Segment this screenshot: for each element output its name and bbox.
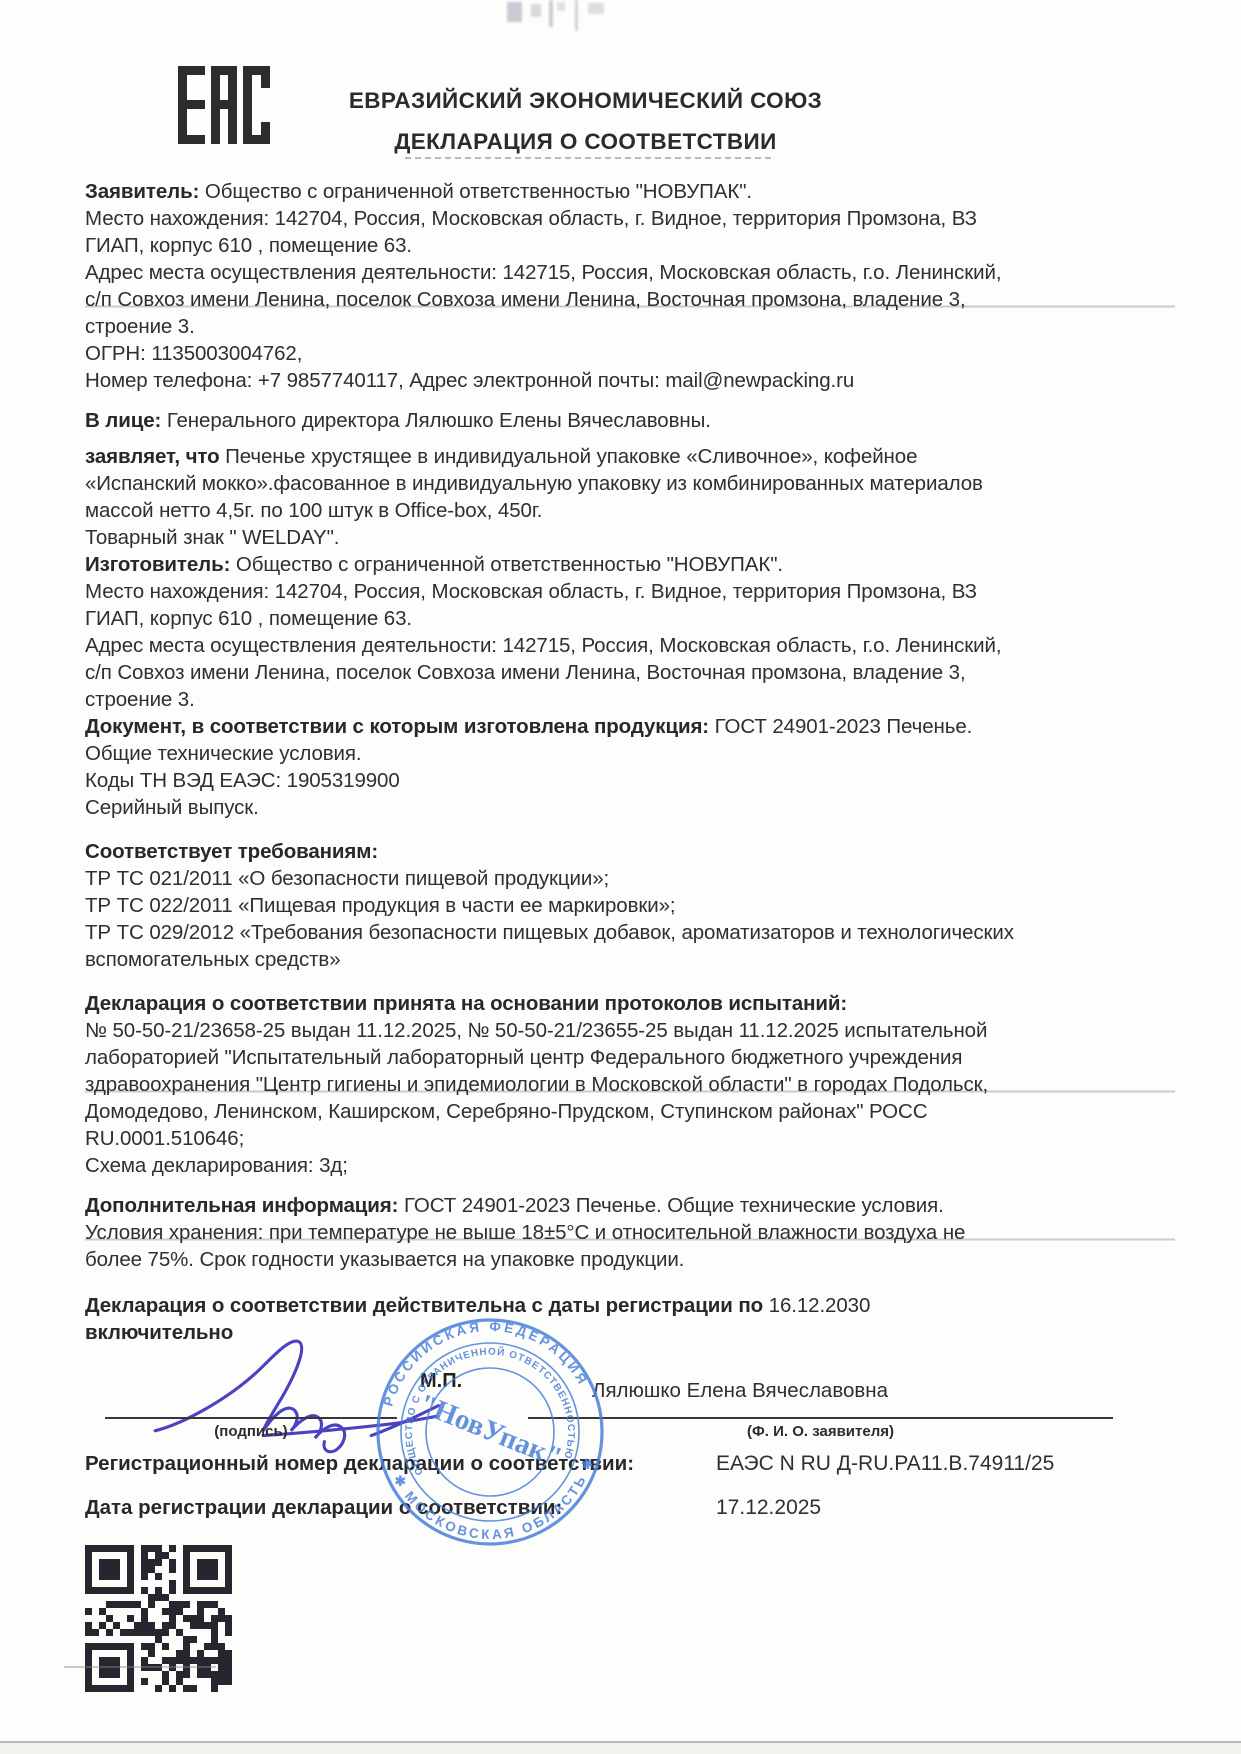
doc-text-segment: Домодедово, Ленинском, Каширском, Серебр… xyxy=(85,1100,927,1123)
doc-text-segment: ТР ТС 021/2011 «О безопасности пищевой п… xyxy=(85,867,609,890)
doc-text-segment: Печенье хрустящее в индивидуальной упако… xyxy=(220,445,918,468)
doc-line: ОГРН: 1135003004762, xyxy=(85,340,1175,367)
doc-line: Декларация о соответствии принята на осн… xyxy=(85,990,1175,1017)
doc-line: ГИАП, корпус 610 , помещение 63. xyxy=(85,232,1175,259)
document-header: ЕВРАЗИЙСКИЙ ЭКОНОМИЧЕСКИЙ СОЮЗ ДЕКЛАРАЦИ… xyxy=(0,88,1171,155)
signature-caption: (подпись) xyxy=(105,1423,397,1440)
doc-line: Место нахождения: 142704, Россия, Москов… xyxy=(85,205,1175,232)
doc-text-bold: Дополнительная информация: xyxy=(85,1194,398,1217)
doc-line: более 75%. Срок годности указывается на … xyxy=(85,1246,1175,1273)
scan-artifact-line xyxy=(405,157,771,159)
doc-text-segment: № 50-50-21/23658-25 выдан 11.12.2025, № … xyxy=(85,1019,987,1042)
doc-text-segment: ТР ТС 022/2011 «Пищевая продукция в част… xyxy=(85,894,675,917)
doc-line: вспомогательных средств» xyxy=(85,946,1175,973)
doc-line: строение 3. xyxy=(85,686,1175,713)
doc-text-bold: заявляет, что xyxy=(85,445,220,468)
signature-line xyxy=(105,1417,397,1419)
doc-text-segment: Номер телефона: +7 9857740117, Адрес эле… xyxy=(85,369,854,392)
doc-text-segment: Общество с ограниченной ответственностью… xyxy=(199,180,752,203)
doc-line: Номер телефона: +7 9857740117, Адрес эле… xyxy=(85,367,1175,394)
doc-text-bold: В лице: xyxy=(85,409,161,432)
doc-text-segment: ГИАП, корпус 610 , помещение 63. xyxy=(85,234,412,257)
doc-line: В лице: Генерального директора Лялюшко Е… xyxy=(85,407,1175,434)
scan-smudge xyxy=(575,0,578,31)
reg-number-value: ЕАЭС N RU Д-RU.РА11.В.74911/25 xyxy=(716,1452,1054,1476)
doc-text-segment: 16.12.2030 xyxy=(763,1294,870,1317)
document-body: Заявитель: Общество с ограниченной ответ… xyxy=(85,178,1175,1346)
doc-text-segment: здравоохранения "Центр гигиены и эпидеми… xyxy=(85,1073,988,1096)
paragraph: Декларация о соответствии принята на осн… xyxy=(85,990,1175,1179)
doc-text-segment: Товарный знак " WELDAY". xyxy=(85,526,339,549)
doc-line: строение 3. xyxy=(85,313,1175,340)
doc-text-segment: Условия хранения: при температуре не выш… xyxy=(85,1221,965,1244)
company-stamp: РОССИЙСКАЯ ФЕДЕРАЦИЯ ✱ МОСКОВСКАЯ ОБЛАСТ… xyxy=(360,1302,619,1561)
doc-line: ТР ТС 021/2011 «О безопасности пищевой п… xyxy=(85,865,1175,892)
doc-line: Документ, в соответствии с которым изгот… xyxy=(85,713,1175,740)
doc-text-segment: Общие технические условия. xyxy=(85,742,361,765)
applicant-name-line xyxy=(528,1417,1113,1419)
doc-text-segment: с/п Совхоз имени Ленина, поселок Совхоза… xyxy=(85,288,966,311)
applicant-name-caption: (Ф. И. О. заявителя) xyxy=(528,1423,1113,1440)
union-title: ЕВРАЗИЙСКИЙ ЭКОНОМИЧЕСКИЙ СОЮЗ xyxy=(0,88,1171,114)
doc-line: массой нетто 4,5г. по 100 штук в Office-… xyxy=(85,497,1175,524)
doc-text-bold: Декларация о соответствии принята на осн… xyxy=(85,992,847,1015)
doc-text-segment: более 75%. Срок годности указывается на … xyxy=(85,1248,684,1271)
scan-smudge xyxy=(588,3,604,14)
doc-text-segment: Место нахождения: 142704, Россия, Москов… xyxy=(85,207,977,230)
doc-text-bold: Соответствует требованиям: xyxy=(85,840,378,863)
doc-line: с/п Совхоз имени Ленина, поселок Совхоза… xyxy=(85,659,1175,686)
qr-code xyxy=(85,1545,232,1692)
doc-text-segment: с/п Совхоз имени Ленина, поселок Совхоза… xyxy=(85,661,966,684)
doc-line: Декларация о соответствии действительна … xyxy=(85,1292,1175,1319)
doc-text-segment: строение 3. xyxy=(85,688,195,711)
reg-date-value: 17.12.2025 xyxy=(716,1496,821,1520)
doc-text-segment: лабораторией "Испытательный лабораторный… xyxy=(85,1046,962,1069)
doc-line: Соответствует требованиям: xyxy=(85,838,1175,865)
doc-line: с/п Совхоз имени Ленина, поселок Совхоза… xyxy=(85,286,1175,313)
doc-line: Условия хранения: при температуре не выш… xyxy=(85,1219,1175,1246)
doc-line: «Испанский мокко».фасованное в индивидуа… xyxy=(85,470,1175,497)
qr-code-matrix xyxy=(85,1545,232,1692)
doc-text-segment: строение 3. xyxy=(85,315,195,338)
doc-text-segment: ГИАП, корпус 610 , помещение 63. xyxy=(85,607,412,630)
doc-line: Схема декларирования: 3д; xyxy=(85,1152,1175,1179)
doc-text-bold: Заявитель: xyxy=(85,180,199,203)
doc-line: ГИАП, корпус 610 , помещение 63. xyxy=(85,605,1175,632)
paragraph: Заявитель: Общество с ограниченной ответ… xyxy=(85,178,1175,394)
doc-line: Место нахождения: 142704, Россия, Москов… xyxy=(85,578,1175,605)
doc-line: заявляет, что Печенье хрустящее в индиви… xyxy=(85,443,1175,470)
doc-text-segment: ОГРН: 1135003004762, xyxy=(85,342,302,365)
doc-text-segment: Серийный выпуск. xyxy=(85,796,259,819)
doc-line: Общие технические условия. xyxy=(85,740,1175,767)
doc-text-segment: RU.0001.510646; xyxy=(85,1127,244,1150)
doc-text-bold: Документ, в соответствии с которым изгот… xyxy=(85,715,709,738)
doc-line: Домодедово, Ленинском, Каширском, Серебр… xyxy=(85,1098,1175,1125)
doc-text-segment: Адрес места осуществления деятельности: … xyxy=(85,634,1001,657)
doc-text-segment: вспомогательных средств» xyxy=(85,948,341,971)
scan-smudge xyxy=(557,2,565,11)
scan-smudge xyxy=(549,0,553,27)
doc-line: здравоохранения "Центр гигиены и эпидеми… xyxy=(85,1071,1175,1098)
doc-text-segment: Схема декларирования: 3д; xyxy=(85,1154,348,1177)
doc-line: Дополнительная информация: ГОСТ 24901-20… xyxy=(85,1192,1175,1219)
doc-text-segment: массой нетто 4,5г. по 100 штук в Office-… xyxy=(85,499,542,522)
doc-text-segment: Генерального директора Лялюшко Елены Вяч… xyxy=(161,409,711,432)
paragraph: Соответствует требованиям:ТР ТС 021/2011… xyxy=(85,838,1175,973)
doc-text-segment: Адрес места осуществления деятельности: … xyxy=(85,261,1001,284)
doc-text-segment: ТР ТС 029/2012 «Требования безопасности … xyxy=(85,921,1014,944)
scan-smudge xyxy=(531,4,541,17)
doc-text-segment: ГОСТ 24901-2023 Печенье. xyxy=(709,715,972,738)
doc-line: Изготовитель: Общество с ограниченной от… xyxy=(85,551,1175,578)
doc-line: Адрес места осуществления деятельности: … xyxy=(85,259,1175,286)
scan-artifact-line xyxy=(64,1666,216,1668)
paragraph: Дополнительная информация: ГОСТ 24901-20… xyxy=(85,1192,1175,1273)
doc-line: Заявитель: Общество с ограниченной ответ… xyxy=(85,178,1175,205)
doc-text-segment: «Испанский мокко».фасованное в индивидуа… xyxy=(85,472,983,495)
page-edge-line xyxy=(0,1741,1241,1754)
doc-text-bold: Изготовитель: xyxy=(85,553,230,576)
doc-text-segment: ГОСТ 24901-2023 Печенье. Общие техническ… xyxy=(398,1194,943,1217)
doc-line: RU.0001.510646; xyxy=(85,1125,1175,1152)
doc-text-segment: Место нахождения: 142704, Россия, Москов… xyxy=(85,580,977,603)
document-title: ДЕКЛАРАЦИЯ О СООТВЕТСТВИИ xyxy=(0,129,1171,155)
stamp-center-text: "НовУпак" xyxy=(414,1388,566,1474)
applicant-name: Лялюшко Елена Вячеславовна xyxy=(592,1379,888,1403)
doc-line: Адрес места осуществления деятельности: … xyxy=(85,632,1175,659)
doc-line: ТР ТС 022/2011 «Пищевая продукция в част… xyxy=(85,892,1175,919)
paragraph: В лице: Генерального директора Лялюшко Е… xyxy=(85,407,1175,434)
paragraph: заявляет, что Печенье хрустящее в индиви… xyxy=(85,443,1175,821)
scan-smudge xyxy=(507,2,522,22)
doc-line: № 50-50-21/23658-25 выдан 11.12.2025, № … xyxy=(85,1017,1175,1044)
doc-line: Коды ТН ВЭД ЕАЭС: 1905319900 xyxy=(85,767,1175,794)
doc-text-segment: Коды ТН ВЭД ЕАЭС: 1905319900 xyxy=(85,769,400,792)
doc-text-segment: Общество с ограниченной ответственностью… xyxy=(230,553,783,576)
declaration-document: ЕВРАЗИЙСКИЙ ЭКОНОМИЧЕСКИЙ СОЮЗ ДЕКЛАРАЦИ… xyxy=(0,0,1241,1754)
doc-line: лабораторией "Испытательный лабораторный… xyxy=(85,1044,1175,1071)
doc-line: Товарный знак " WELDAY". xyxy=(85,524,1175,551)
doc-line: ТР ТС 029/2012 «Требования безопасности … xyxy=(85,919,1175,946)
doc-text-bold: Декларация о соответствии действительна … xyxy=(85,1294,763,1317)
doc-line: Серийный выпуск. xyxy=(85,794,1175,821)
